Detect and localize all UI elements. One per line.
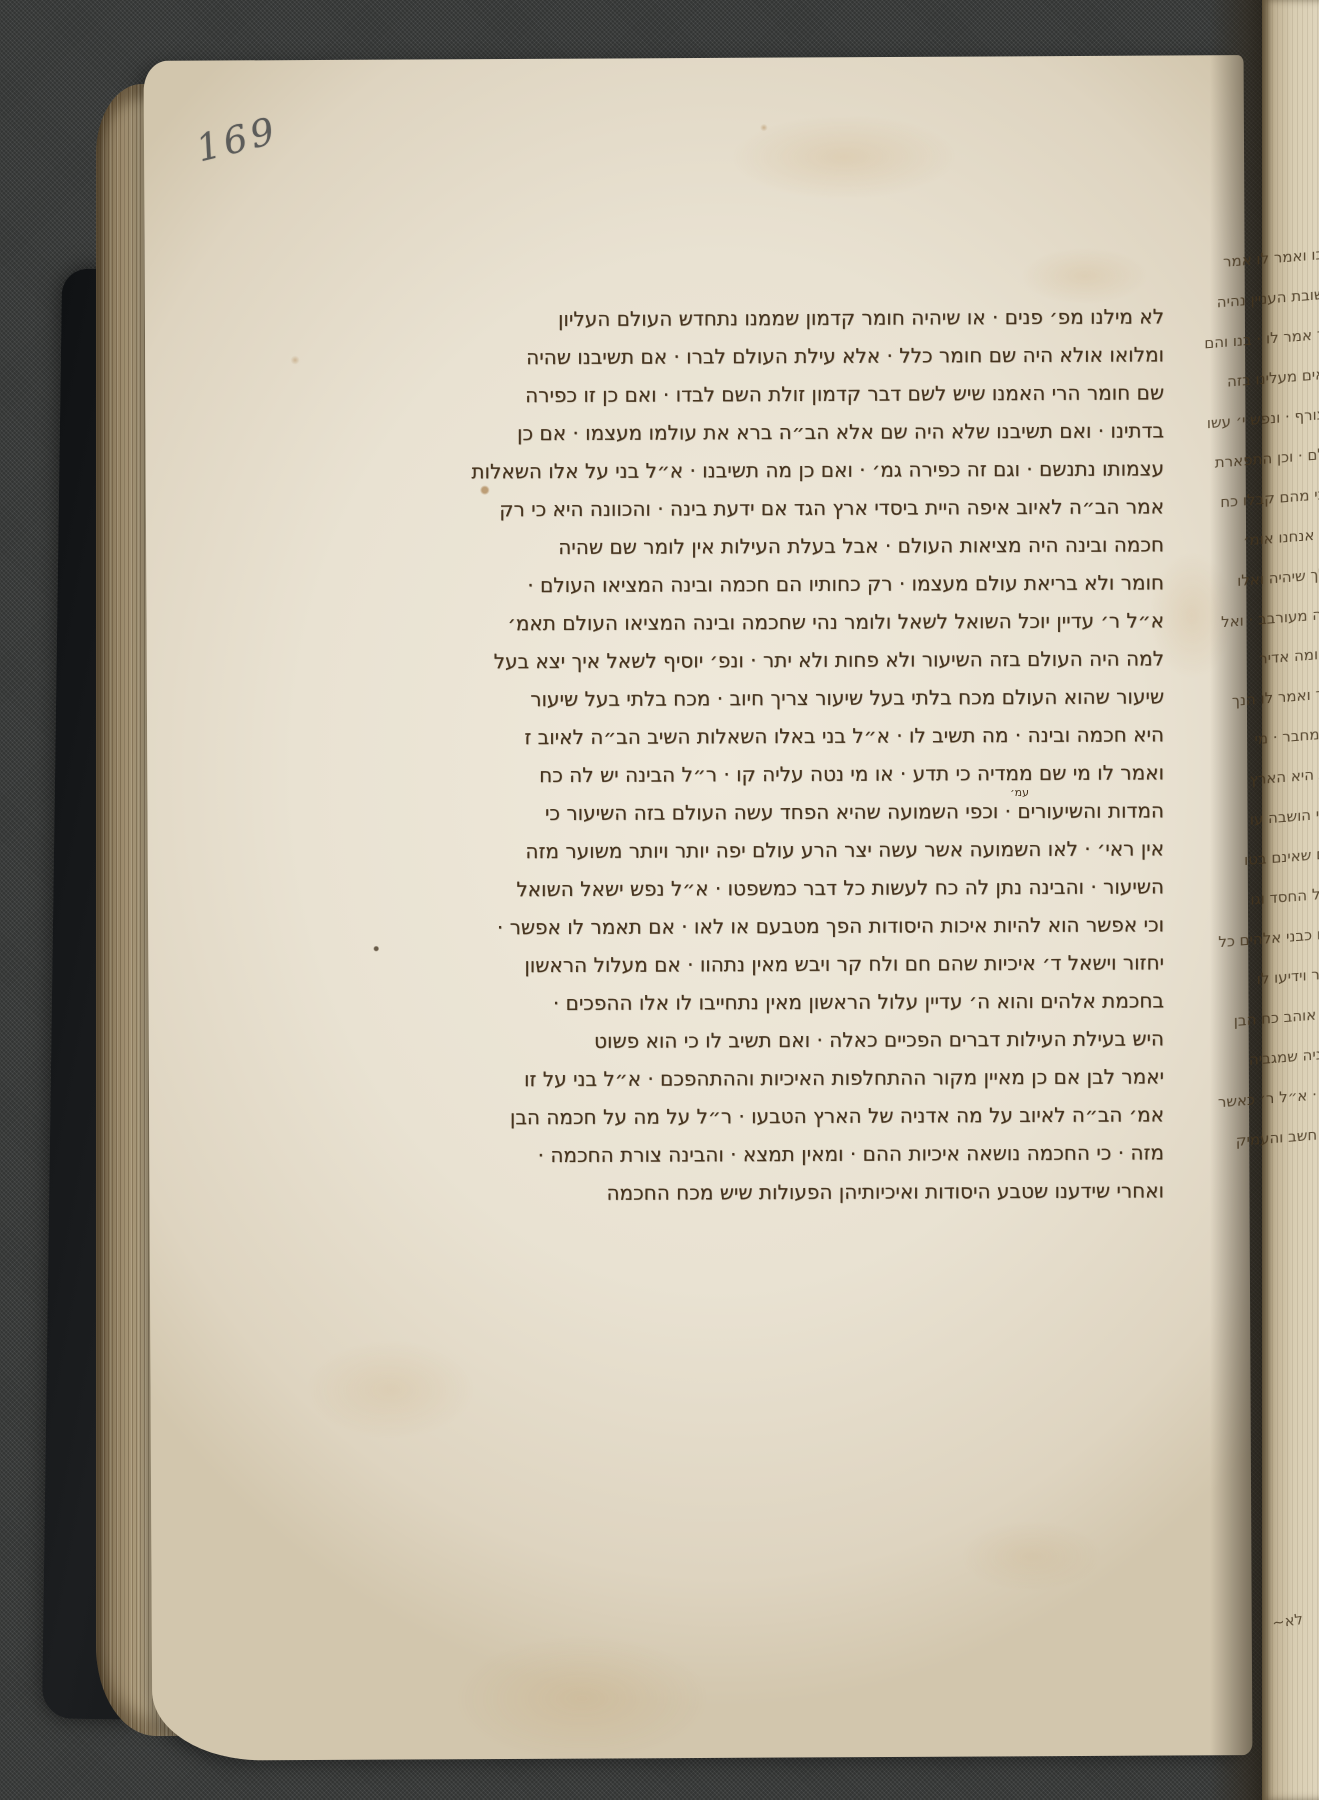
manuscript-text-line: מזה · כי החכמה נושאה איכיות ההם · ומאין … [420, 1133, 1164, 1174]
manuscript-text-line: עצמותו נתנשם · וגם זה כפירה גמ׳ · ואם כן… [420, 449, 1164, 490]
manuscript-text-line: המדות והשיעורים · וכפי השמועה שהיא הפחד … [420, 791, 1164, 832]
facing-page-line-fragment: זה מעורבב · ואל [1267, 594, 1319, 639]
facing-page-line-fragment: קר וידיעו לו [1270, 953, 1319, 998]
main-text-block: לא מילנו מפ׳ פנים · או שיהיה חומר קדמון … [420, 297, 1164, 1212]
manuscript-text-line: בחכמת אלהים והוא ה׳ עדיין עלול הראשון מא… [420, 981, 1164, 1022]
facing-page-line-fragment: ה אוהב כח הבן [1271, 993, 1319, 1038]
facing-page-line-fragment: ור ואמר לו הנך [1268, 674, 1319, 719]
facing-page-line-fragment: בו ואמר לו אמר [1264, 234, 1319, 279]
manuscript-text-line: ואמר לו מי שם ממדיה כי תדע · או מי נטה ע… [420, 753, 1164, 794]
facing-page-line-fragment: שובת העניין נהיה [1264, 274, 1319, 319]
facing-page-line-fragment: על החסד וגו [1270, 874, 1319, 919]
manuscript-text-line: ואחרי שידענו שטבע היסודות ואיכיותיהן הפע… [420, 1171, 1164, 1212]
manuscript-text-line: היש בעילת העילות דברים הפכיים כאלה · ואם… [420, 1019, 1164, 1060]
facing-page-text-block: בו ואמר לו אמרשובת העניין נהיהך אמר לו ·… [1264, 234, 1319, 1158]
manuscript-text-line: א״ל ר׳ עדיין יוכל השואל לשאל ולומר נהי ש… [420, 601, 1164, 642]
facing-page-line-fragment: בי מהם קבלו כח [1266, 474, 1319, 519]
manuscript-text-line: יחזור וישאל ד׳ איכיות שהם חם ולח קר ויבש… [420, 943, 1164, 984]
facing-page-line-fragment: תי הושבה עו [1269, 794, 1319, 839]
facing-page-line-fragment: צורף · ונפש י׳ עשו [1265, 394, 1319, 439]
manuscript-text-line: חכמה ובינה היה מציאות העולם · אבל בעלת ה… [420, 525, 1164, 566]
facing-page-line-fragment: ן מחבר · מי [1268, 714, 1319, 759]
manuscript-text-line: לא מילנו מפ׳ פנים · או שיהיה חומר קדמון … [420, 297, 1164, 338]
facing-page-line-fragment: · ומה אדיר [1267, 634, 1319, 679]
manuscript-text-line: אין ראי׳ · לאו השמועה אשר עשה יצר הרע עו… [420, 829, 1164, 870]
facing-page-line-fragment: ים כבני אלהים כל [1270, 913, 1319, 958]
facing-page-line-fragment: ך אמר לו · בנו והם [1265, 314, 1319, 359]
manuscript-text-line: יאמר לבן אם כן מאיין מקור ההתחלפות האיכי… [420, 1057, 1164, 1098]
manuscript-text-line: שיעור שהוא העולם מכח בלתי בעל שיעור צריך… [420, 677, 1164, 718]
facing-page-line-fragment: לך שיהיה ואלו [1267, 554, 1319, 599]
facing-page-line-fragment: ה · א״ל ר׳ כאשר [1271, 1073, 1319, 1118]
facing-page-line-fragment: פניה שמגביה [1271, 1033, 1319, 1078]
manuscript-text-line: חומר ולא בריאת עולם מעצמו · רק כחותיו הם… [420, 563, 1164, 604]
manuscript-text-line: אמר הב״ה לאיוב איפה היית ביסדי ארץ הגד א… [420, 487, 1164, 528]
manuscript-text-line: שם חומר הרי האמנו שיש לשם דבר קדמון זולת… [420, 373, 1164, 414]
interlinear-correction: עמ׳ [1010, 786, 1029, 799]
manuscript-text-line: השיעור · והבינה נתן לה כח לעשות כל דבר כ… [420, 867, 1164, 908]
facing-page-line-fragment: ין אנחנו אומ׳ [1266, 514, 1319, 559]
facing-page-line-fragment: ים שאינם בטו [1269, 834, 1319, 879]
manuscript-text-line: בדתינו · ואם תשיבנו שלא היה שם אלא הב״ה … [420, 411, 1164, 452]
facing-page-line-fragment: ת חשב והעמיק [1272, 1113, 1319, 1158]
facing-page-line-fragment: ת היא הארץ [1269, 754, 1319, 799]
manuscript-text-line: ומלואו אולא היה שם חומר כלל · אלא עילת ה… [420, 335, 1164, 376]
facing-page-line-fragment: אים מעלינו בזה [1265, 354, 1319, 399]
manuscript-text-line: למה היה העולם בזה השיעור ולא פחות ולא ית… [420, 639, 1164, 680]
manuscript-text-line: היא חכמה ובינה · מה תשיב לו · א״ל בני בא… [420, 715, 1164, 756]
manuscript-text-line: וכי אפשר הוא להיות איכות היסודות הפך מטב… [420, 905, 1164, 946]
photograph-of-manuscript: { "manuscript": { "folio_number": "169",… [0, 0, 1319, 1800]
manuscript-text-line: אמ׳ הב״ה לאיוב על מה אדניה של הארץ הטבעו… [420, 1095, 1164, 1136]
facing-page-line-fragment: לם · וכן התפארת [1266, 434, 1319, 479]
